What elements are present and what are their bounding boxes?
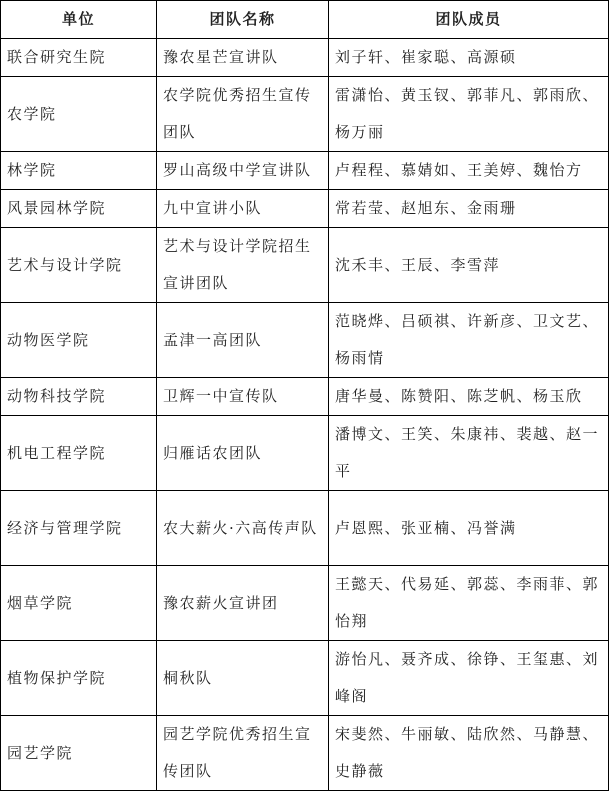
team-name-cell: 艺术与设计学院招生宣讲团队 bbox=[157, 228, 329, 303]
unit-cell: 艺术与设计学院 bbox=[1, 228, 157, 303]
team-name-cell: 豫农薪火宣讲团 bbox=[157, 566, 329, 641]
header-team-name: 团队名称 bbox=[157, 1, 329, 39]
team-members-cell: 卢恩熙、张亚楠、冯誉满 bbox=[329, 491, 609, 566]
team-name-cell: 罗山高级中学宣讲队 bbox=[157, 152, 329, 190]
team-members-cell: 游怡凡、聂齐成、徐铮、王玺惠、刘峰阁 bbox=[329, 641, 609, 716]
team-members-cell: 范晓烨、吕硕祺、许新彦、卫文艺、杨雨情 bbox=[329, 303, 609, 378]
table-row: 动物科技学院卫辉一中宣传队唐华曼、陈赞阳、陈芝帆、杨玉欣 bbox=[1, 378, 609, 416]
unit-cell: 风景园林学院 bbox=[1, 190, 157, 228]
team-members-cell: 刘子轩、崔家聪、高源硕 bbox=[329, 39, 609, 77]
unit-cell: 联合研究生院 bbox=[1, 39, 157, 77]
team-name-cell: 农大薪火·六高传声队 bbox=[157, 491, 329, 566]
team-members-cell: 潘博文、王笑、朱康祎、裴越、赵一平 bbox=[329, 416, 609, 491]
team-name-cell: 豫农星芒宣讲队 bbox=[157, 39, 329, 77]
unit-cell: 经济与管理学院 bbox=[1, 491, 157, 566]
unit-cell: 植物保护学院 bbox=[1, 641, 157, 716]
team-name-cell: 归雁话农团队 bbox=[157, 416, 329, 491]
unit-cell: 动物科技学院 bbox=[1, 378, 157, 416]
table-row: 联合研究生院豫农星芒宣讲队刘子轩、崔家聪、高源硕 bbox=[1, 39, 609, 77]
team-members-cell: 唐华曼、陈赞阳、陈芝帆、杨玉欣 bbox=[329, 378, 609, 416]
table-row: 烟草学院豫农薪火宣讲团王懿天、代易延、郭蕊、李雨菲、郭怡翔 bbox=[1, 566, 609, 641]
table-row: 经济与管理学院农大薪火·六高传声队卢恩熙、张亚楠、冯誉满 bbox=[1, 491, 609, 566]
team-name-cell: 孟津一高团队 bbox=[157, 303, 329, 378]
table-row: 植物保护学院桐秋队游怡凡、聂齐成、徐铮、王玺惠、刘峰阁 bbox=[1, 641, 609, 716]
team-name-cell: 卫辉一中宣传队 bbox=[157, 378, 329, 416]
team-members-cell: 卢程程、慕婧如、王美婷、魏怡方 bbox=[329, 152, 609, 190]
team-members-cell: 王懿天、代易延、郭蕊、李雨菲、郭怡翔 bbox=[329, 566, 609, 641]
header-unit: 单位 bbox=[1, 1, 157, 39]
unit-cell: 烟草学院 bbox=[1, 566, 157, 641]
header-row: 单位 团队名称 团队成员 bbox=[1, 1, 609, 39]
team-name-cell: 桐秋队 bbox=[157, 641, 329, 716]
unit-cell: 林学院 bbox=[1, 152, 157, 190]
team-members-cell: 常若莹、赵旭东、金雨珊 bbox=[329, 190, 609, 228]
table-row: 机电工程学院归雁话农团队潘博文、王笑、朱康祎、裴越、赵一平 bbox=[1, 416, 609, 491]
unit-cell: 园艺学院 bbox=[1, 716, 157, 791]
table-row: 园艺学院园艺学院优秀招生宣传团队宋斐然、牛丽敏、陆欣然、马静慧、史静薇 bbox=[1, 716, 609, 791]
team-name-cell: 农学院优秀招生宣传团队 bbox=[157, 77, 329, 152]
team-members-cell: 沈禾丰、王辰、李雪萍 bbox=[329, 228, 609, 303]
table-row: 艺术与设计学院艺术与设计学院招生宣讲团队沈禾丰、王辰、李雪萍 bbox=[1, 228, 609, 303]
teams-table: 单位 团队名称 团队成员 联合研究生院豫农星芒宣讲队刘子轩、崔家聪、高源硕农学院… bbox=[0, 0, 609, 791]
team-name-cell: 九中宣讲小队 bbox=[157, 190, 329, 228]
unit-cell: 动物医学院 bbox=[1, 303, 157, 378]
team-members-cell: 宋斐然、牛丽敏、陆欣然、马静慧、史静薇 bbox=[329, 716, 609, 791]
table-row: 动物医学院孟津一高团队范晓烨、吕硕祺、许新彦、卫文艺、杨雨情 bbox=[1, 303, 609, 378]
table-row: 风景园林学院九中宣讲小队常若莹、赵旭东、金雨珊 bbox=[1, 190, 609, 228]
unit-cell: 农学院 bbox=[1, 77, 157, 152]
team-members-cell: 雷潇怡、黄玉钗、郭菲凡、郭雨欣、杨万丽 bbox=[329, 77, 609, 152]
team-name-cell: 园艺学院优秀招生宣传团队 bbox=[157, 716, 329, 791]
unit-cell: 机电工程学院 bbox=[1, 416, 157, 491]
header-team-members: 团队成员 bbox=[329, 1, 609, 39]
table-row: 林学院罗山高级中学宣讲队卢程程、慕婧如、王美婷、魏怡方 bbox=[1, 152, 609, 190]
table-row: 农学院农学院优秀招生宣传团队雷潇怡、黄玉钗、郭菲凡、郭雨欣、杨万丽 bbox=[1, 77, 609, 152]
